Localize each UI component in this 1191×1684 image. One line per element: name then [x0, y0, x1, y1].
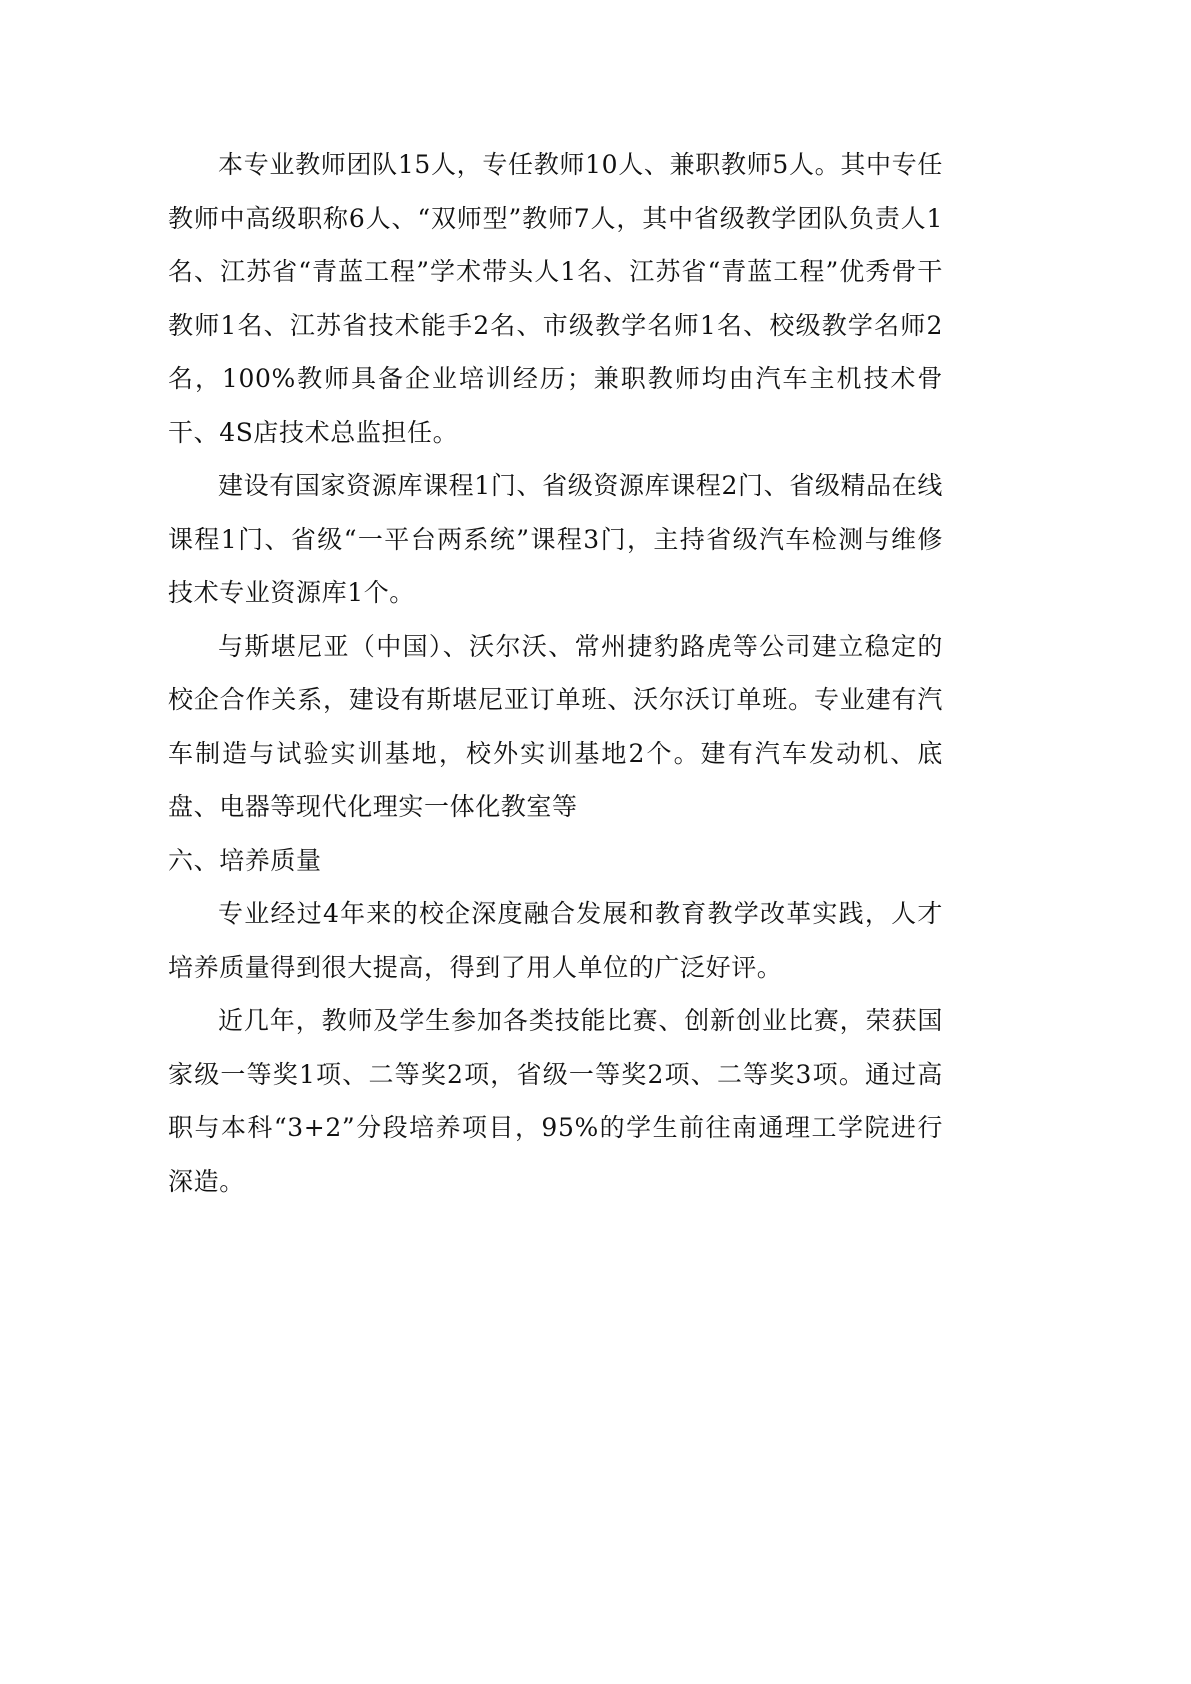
paragraph-course-resources: 建设有国家资源库课程1门、省级资源库课程2门、省级精品在线课程1门、省级“一平台…: [168, 459, 943, 620]
paragraph-quality-improvement: 专业经过4年来的校企深度融合发展和教育教学改革实践，人才培养质量得到很大提高，得…: [168, 887, 943, 994]
paragraph-awards: 近几年，教师及学生参加各类技能比赛、创新创业比赛，荣获国家级一等奖1项、二等奖2…: [168, 994, 943, 1208]
section-heading-training-quality: 六、培养质量: [168, 834, 943, 888]
document-page: 本专业教师团队15人，专任教师10人、兼职教师5人。其中专任教师中高级职称6人、…: [168, 138, 943, 1208]
paragraph-faculty-team: 本专业教师团队15人，专任教师10人、兼职教师5人。其中专任教师中高级职称6人、…: [168, 138, 943, 459]
paragraph-industry-cooperation: 与斯堪尼亚（中国）、沃尔沃、常州捷豹路虎等公司建立稳定的校企合作关系，建设有斯堪…: [168, 620, 943, 834]
